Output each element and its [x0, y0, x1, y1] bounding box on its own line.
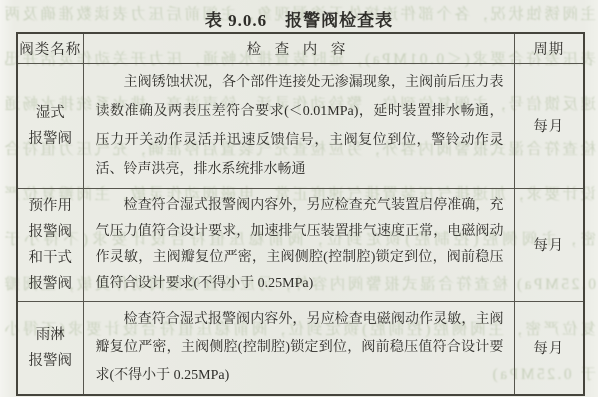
inspection-content: 主阀锈蚀状况，各个部件连接处无渗漏现象，主阀前后压力表读数准确及两表压差符合要求… [83, 63, 514, 188]
valve-name: 湿式 报警阀 [17, 63, 83, 188]
header-valve-type: 阀类名称 [17, 33, 83, 63]
inspection-content: 检查符合湿式报警阀内容外，另应检查充气装置启停准确，充气压力值符合设计要求，加速… [83, 188, 514, 301]
table-row-deluge-alarm-valve: 雨淋 报警阀 检查符合湿式报警阀内容外，另应检查电磁阀动作灵敏，主阀瓣复位严密，… [17, 301, 584, 395]
table-header-row: 阀类名称 检 查 内 容 周期 [17, 33, 584, 63]
header-period: 周期 [514, 33, 584, 63]
valve-name: 雨淋 报警阀 [17, 301, 83, 395]
alarm-valve-inspection-table: 阀类名称 检 查 内 容 周期 湿式 报警阀 主阀锈蚀状况，各个部件连接处无渗漏… [16, 32, 585, 396]
valve-name: 预作用 报警阀 和干式 报警阀 [17, 188, 83, 301]
inspection-period: 每月 [514, 63, 584, 188]
inspection-period: 每月 [514, 188, 584, 301]
header-inspection-content: 检 查 内 容 [83, 33, 514, 63]
table-row-preaction-dry-alarm-valve: 预作用 报警阀 和干式 报警阀 检查符合湿式报警阀内容外，另应检查充气装置启停准… [17, 188, 584, 301]
inspection-content: 检查符合湿式报警阀内容外，另应检查电磁阀动作灵敏，主阀瓣复位严密，主阀侧腔(控制… [83, 301, 514, 395]
table-title: 表 9.0.6 报警阀检查表 [0, 6, 598, 31]
table-row-wet-alarm-valve: 湿式 报警阀 主阀锈蚀状况，各个部件连接处无渗漏现象，主阀前后压力表读数准确及两… [17, 63, 584, 188]
inspection-period: 每月 [514, 301, 584, 395]
scanned-document-page: 主阀锈蚀状况，各个部件连接处无渗漏现象，主阀前后压力表读数准确及两表压差符合要求… [0, 0, 598, 397]
